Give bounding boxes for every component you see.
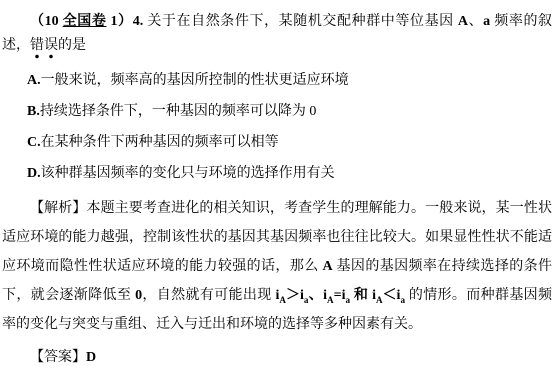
expr-sub: A [376, 295, 383, 305]
option-a-letter: A. [27, 73, 41, 88]
document-page: （10 全国卷 1）4. 关于在自然条件下，某随机交配种群中等位基因 A、a 频… [0, 0, 554, 374]
answer-label: 【答案】 [30, 350, 86, 365]
question-stem: （10 全国卷 1）4. 关于在自然条件下，某随机交配种群中等位基因 A、a 频… [2, 10, 552, 58]
expr-op-gt: ＞ [286, 288, 300, 303]
exam-source-tag: （10 全国卷 1）4. [30, 14, 147, 29]
exam-source-name: 全国卷 [63, 14, 107, 29]
wrong-word-emphasis: 错误 [30, 38, 58, 59]
option-d: D.该种群基因频率的变化只与环境的选择作用有关 [2, 158, 552, 189]
analysis-text-3: ，自然就有可能出现 [142, 288, 275, 303]
freq-inequality-expression: iA＞ia、iA=ia 和 iA＜ia [275, 288, 405, 303]
allele-A: A [458, 14, 468, 29]
option-b-text: 持续选择条件下，一种基因的频率可以降为 0 [40, 104, 317, 119]
option-c: C.在某种条件下两种基因的频率可以相等 [2, 127, 552, 158]
option-a: A.一般来说，频率高的基因所控制的性状更适应环境 [2, 65, 552, 96]
allele-separator: 、 [468, 14, 483, 29]
stem-text-1: 关于在自然条件下，某随机交配种群中等位基因 [147, 14, 458, 29]
tag-open-paren: （10 [30, 14, 63, 29]
option-a-text: 一般来说，频率高的基因所控制的性状更适应环境 [41, 73, 349, 88]
expr-op-lt: ＜ [383, 288, 397, 303]
question-number: 4. [133, 14, 148, 29]
expr-op-eq: = [334, 288, 342, 303]
expr-conjunction: 和 [350, 288, 372, 303]
option-d-text: 该种群基因频率的变化只与环境的选择作用有关 [41, 166, 335, 181]
answer-value: D [86, 350, 96, 365]
option-b: B.持续选择条件下，一种基因的频率可以降为 0 [2, 96, 552, 127]
expr-sub: A [279, 295, 286, 305]
expr-sub: A [327, 295, 334, 305]
stem-text-3: 的是 [58, 38, 86, 53]
gene-A: A [323, 259, 333, 274]
expr-separator: 、 [308, 288, 323, 303]
zero-value: 0 [135, 288, 142, 303]
answer-line: 【答案】D [2, 343, 552, 373]
analysis-paragraph: 【解析】本题主要考查进化的相关知识，考查学生的理解能力。一般来说，某一性状适应环… [2, 194, 552, 339]
option-c-letter: C. [27, 135, 41, 150]
analysis-label: 【解析】 [30, 201, 86, 216]
options-list: A.一般来说，频率高的基因所控制的性状更适应环境 B.持续选择条件下，一种基因的… [2, 65, 552, 189]
tag-close-paren: 1） [106, 14, 132, 29]
option-b-letter: B. [27, 104, 40, 119]
option-d-letter: D. [27, 166, 41, 181]
option-c-text: 在某种条件下两种基因的频率可以相等 [41, 135, 279, 150]
